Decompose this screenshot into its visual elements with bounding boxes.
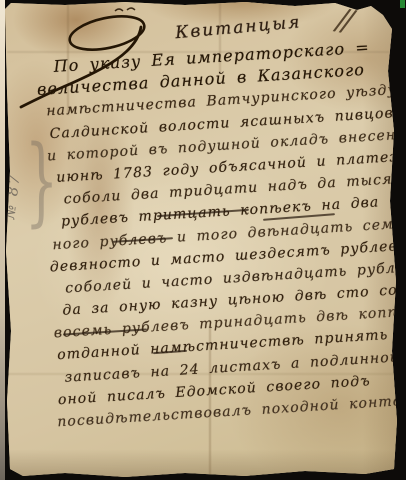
scanned-photo: Квитанцыя // } № 87 По указу Ея императо… <box>0 0 406 480</box>
manuscript-page: Квитанцыя // } № 87 По указу Ея императо… <box>5 1 398 478</box>
scan-artifact <box>400 0 405 8</box>
scan-edge <box>0 0 5 480</box>
handwritten-text-block: По указу Ея императорскаго = величества … <box>35 36 406 434</box>
